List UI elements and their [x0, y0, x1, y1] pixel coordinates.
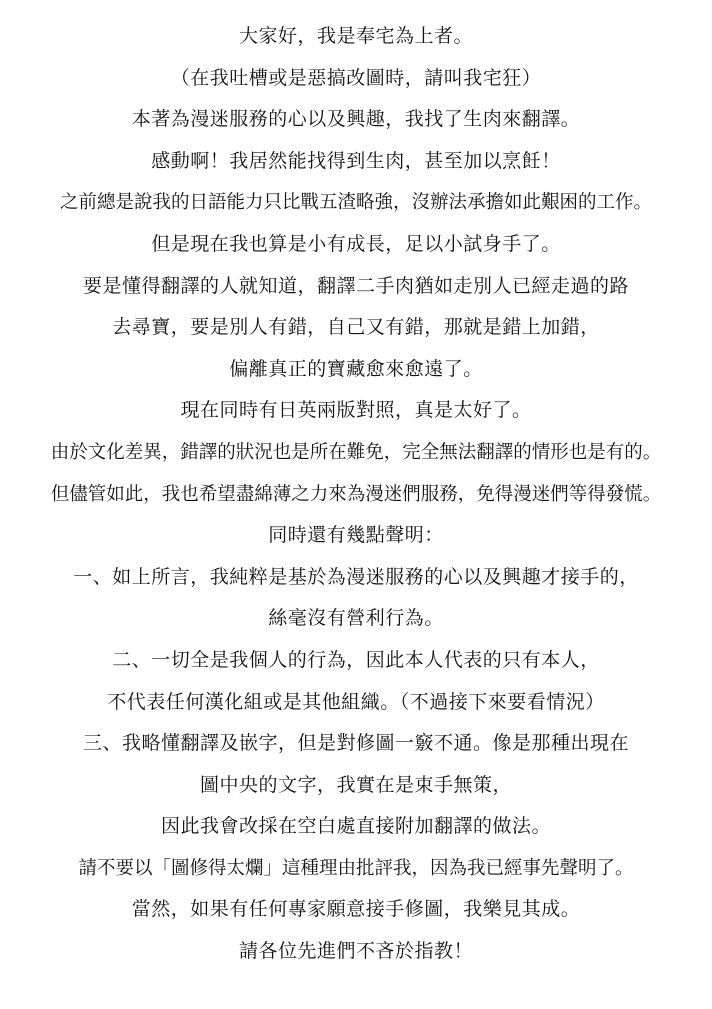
- excitement-line: 感動啊！我居然能找得到生肉，甚至加以烹飪！: [0, 141, 712, 183]
- service-wish-line: 但儘管如此，我也希望盡綿薄之力來為漫迷們服務，免得漫迷們等得發慌。: [0, 474, 712, 516]
- bilingual-versions-line: 現在同時有日英兩版對照，真是太好了。: [0, 390, 712, 432]
- motivation-line: 本著為漫迷服務的心以及興趣，我找了生肉來翻譯。: [0, 99, 712, 141]
- translator-notice-page: 大家好，我是奉宅為上者。 （在我吐槽或是惡搞改圖時，請叫我宅狂） 本著為漫迷服務…: [0, 16, 712, 973]
- statement-3-line-2: 圖中央的文字，我實在是束手無策，: [0, 765, 712, 807]
- nickname-line: （在我吐槽或是惡搞改圖時，請叫我宅狂）: [0, 58, 712, 100]
- second-hand-translation-line-1: 要是懂得翻譯的人就知道，翻譯二手肉猶如走別人已經走過的路: [0, 266, 712, 308]
- closing-line: 請各位先進們不吝於指教！: [0, 931, 712, 973]
- expert-welcome-line: 當然，如果有任何專家願意接手修圖，我樂見其成。: [0, 889, 712, 931]
- cultural-difference-line: 由於文化差異，錯譯的狀況也是所在難免，完全無法翻譯的情形也是有的。: [0, 432, 712, 474]
- statement-3-line-3: 因此我會改採在空白處直接附加翻譯的做法。: [0, 806, 712, 848]
- greeting-line: 大家好，我是奉宅為上者。: [0, 16, 712, 58]
- statement-2-line-2: 不代表任何漢化組或是其他組織。（不過接下來要看情況）: [0, 682, 712, 724]
- growth-line: 但是現在我也算是小有成長，足以小試身手了。: [0, 224, 712, 266]
- statements-heading: 同時還有幾點聲明：: [0, 515, 712, 557]
- past-ability-line: 之前總是說我的日語能力只比戰五渣略強，沒辦法承擔如此艱困的工作。: [0, 182, 712, 224]
- statement-1-line-2: 絲毫沒有營利行為。: [0, 598, 712, 640]
- statement-3-line-1: 三、我略懂翻譯及嵌字，但是對修圖一竅不通。像是那種出現在: [0, 723, 712, 765]
- statement-1-line-1: 一、如上所言，我純粹是基於為漫迷服務的心以及興趣才接手的，: [0, 557, 712, 599]
- criticism-request-line: 請不要以「圖修得太爛」這種理由批評我，因為我已經事先聲明了。: [0, 848, 712, 890]
- statement-2-line-1: 二、一切全是我個人的行為，因此本人代表的只有本人，: [0, 640, 712, 682]
- second-hand-translation-line-3: 偏離真正的寶藏愈來愈遠了。: [0, 349, 712, 391]
- second-hand-translation-line-2: 去尋寶，要是別人有錯，自己又有錯，那就是錯上加錯，: [0, 307, 712, 349]
